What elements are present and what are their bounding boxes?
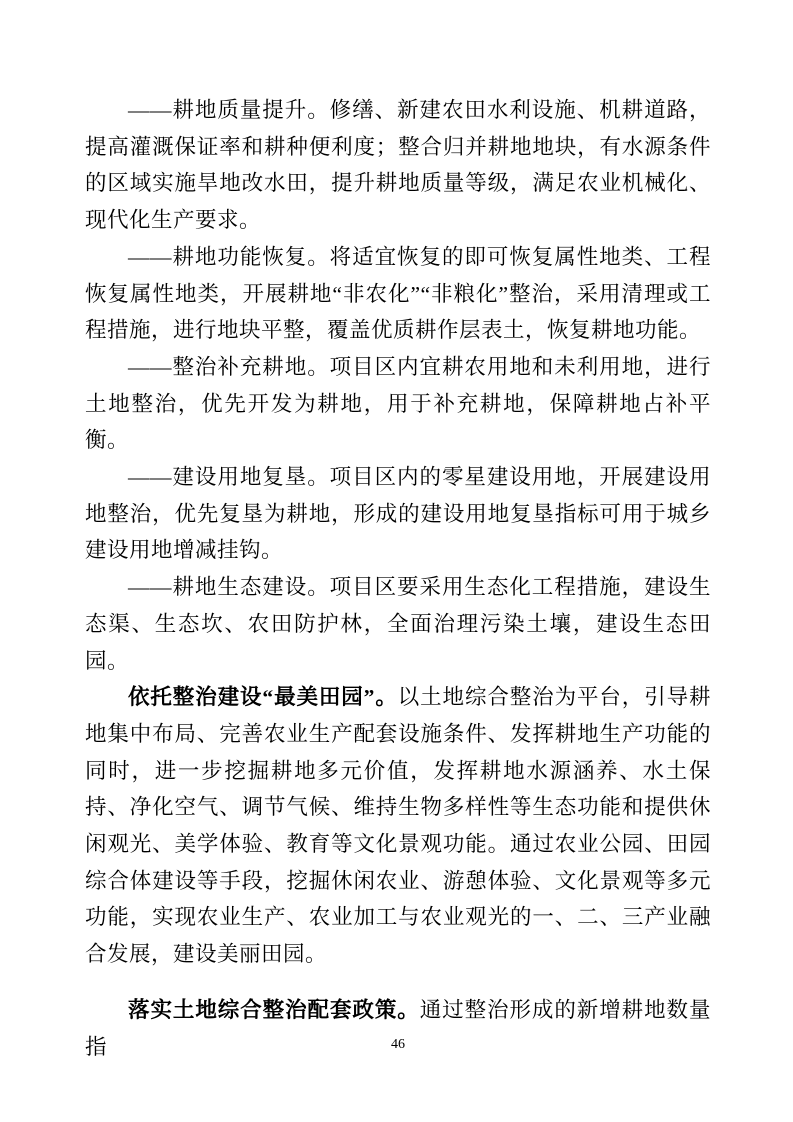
paragraph-farmland-quality: ——耕地质量提升。修缮、新建农田水利设施、机耕道路，提高灌溉保证率和耕种便利度；…	[85, 92, 711, 239]
paragraph-lead-bold: 依托整治建设“最美田园”。	[128, 685, 398, 709]
paragraph-text: ——耕地质量提升。修缮、新建农田水利设施、机耕道路，提高灌溉保证率和耕种便利度；…	[85, 98, 711, 232]
paragraph-farmland-eco-construction: ——耕地生态建设。项目区要采用生态化工程措施，建设生态渠、生态坎、农田防护林，全…	[85, 569, 711, 679]
paragraph-text: 以土地综合整治为平台，引导耕地集中布局、完善农业生产配套设施条件、发挥耕地生产功…	[85, 685, 711, 966]
page-number: 46	[85, 1036, 711, 1054]
paragraph-construction-land-reclamation: ——建设用地复垦。项目区内的零星建设用地，开展建设用地整治，优先复垦为耕地，形成…	[85, 459, 711, 569]
paragraph-supporting-policy: 落实土地综合整治配套政策。通过整治形成的新增耕地数量指	[85, 992, 711, 1065]
paragraph-text: ——整治补充耕地。项目区内宜耕农用地和未利用地，进行土地整治，优先开发为耕地，用…	[85, 355, 711, 452]
page-body: ——耕地质量提升。修缮、新建农田水利设施、机耕道路，提高灌溉保证率和耕种便利度；…	[85, 92, 711, 1065]
paragraph-text: ——建设用地复垦。项目区内的零星建设用地，开展建设用地整治，优先复垦为耕地，形成…	[85, 465, 711, 562]
paragraph-supplement-farmland: ——整治补充耕地。项目区内宜耕农用地和未利用地，进行土地整治，优先开发为耕地，用…	[85, 349, 711, 459]
paragraph-text: ——耕地功能恢复。将适宜恢复的即可恢复属性地类、工程恢复属性地类，开展耕地“非农…	[85, 245, 711, 342]
paragraph-text: ——耕地生态建设。项目区要采用生态化工程措施，建设生态渠、生态坎、农田防护林，全…	[85, 575, 711, 672]
paragraph-beautiful-countryside: 依托整治建设“最美田园”。以土地综合整治为平台，引导耕地集中布局、完善农业生产配…	[85, 679, 711, 973]
paragraph-farmland-function-restore: ——耕地功能恢复。将适宜恢复的即可恢复属性地类、工程恢复属性地类，开展耕地“非农…	[85, 239, 711, 349]
paragraph-lead-bold: 落实土地综合整治配套政策。	[128, 998, 420, 1022]
document-page: ——耕地质量提升。修缮、新建农田水利设施、机耕道路，提高灌溉保证率和耕种便利度；…	[0, 0, 793, 1122]
